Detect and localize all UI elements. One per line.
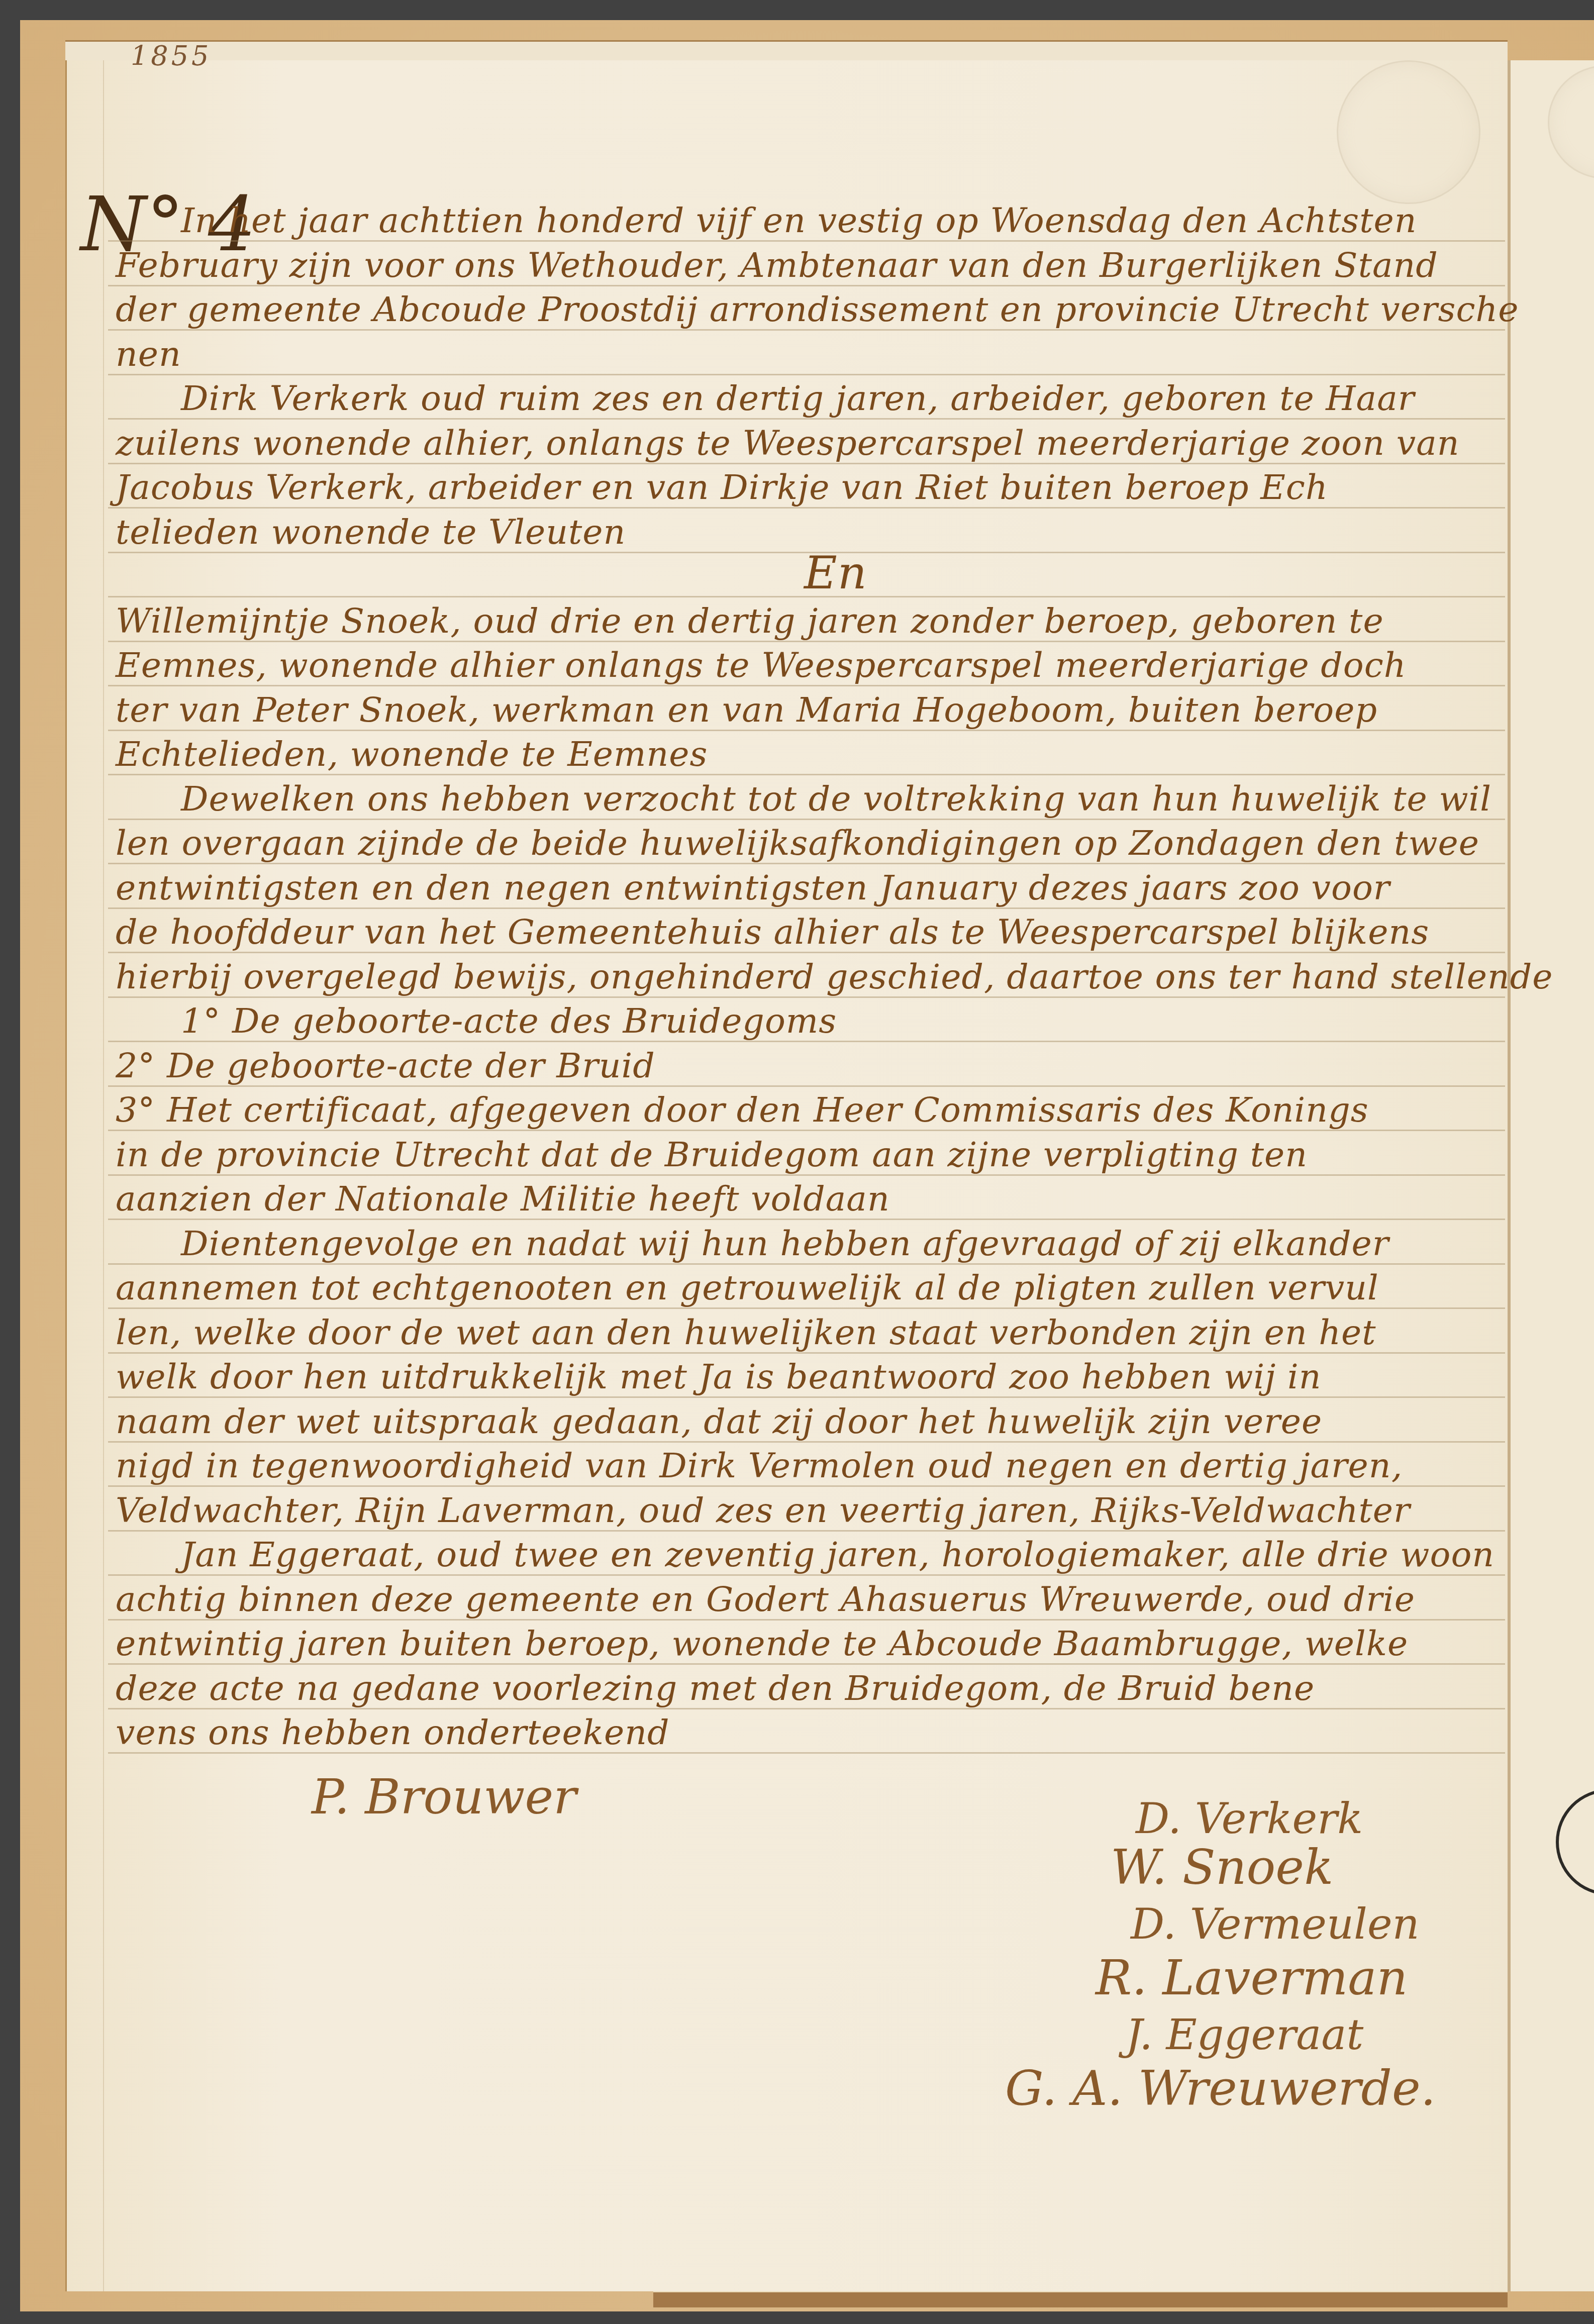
text-line: zuilens wonende alhier, onlangs te Weesp…	[116, 424, 1459, 463]
text-line: entwintig jaren buiten beroep, wonende t…	[116, 1624, 1408, 1664]
signature-witness-3: J. Eggeraat	[1126, 2010, 1363, 2059]
text-line: En	[804, 547, 867, 599]
bottom-edge-stain	[653, 2291, 1508, 2307]
ruled-line	[108, 374, 1505, 375]
text-line: len overgaan zijnde de beide huwelijksaf…	[116, 824, 1479, 863]
text-line: de hoofddeur van het Gemeentehuis alhier…	[116, 913, 1429, 952]
text-line: 3° Het certificaat, afgegeven door den H…	[116, 1090, 1369, 1130]
text-line: telieden wonende te Vleuten	[116, 513, 626, 552]
text-line: In het jaar achttien honderd vijf en ves…	[181, 201, 1417, 241]
text-line: Eemnes, wonende alhier onlangs te Weespe…	[116, 646, 1407, 685]
text-line: nen	[116, 335, 181, 374]
text-line: naam der wet uitspraak gedaan, dat zij d…	[116, 1402, 1322, 1442]
text-line: der gemeente Abcoude Proostdij arrondiss…	[116, 290, 1519, 330]
margin-rule	[103, 60, 104, 2291]
text-line: Veldwachter, Rijn Laverman, oud zes en v…	[116, 1491, 1411, 1531]
text-line: 1° De geboorte-acte des Bruidegoms	[181, 1001, 837, 1041]
text-line: welk door hen uitdrukkelijk met Ja is be…	[116, 1357, 1322, 1397]
text-line: Echtelieden, wonende te Eemnes	[116, 735, 708, 774]
text-line: aannemen tot echtgenooten en getrouwelij…	[116, 1268, 1379, 1308]
text-line: nigd in tegenwoordigheid van Dirk Vermol…	[116, 1446, 1403, 1486]
text-line: in de provincie Utrecht dat de Bruidegom…	[116, 1135, 1308, 1175]
text-line: February zijn voor ons Wethouder, Ambten…	[116, 246, 1438, 285]
text-line: Dientengevolge en nadat wij hun hebben a…	[181, 1224, 1389, 1264]
text-line: Dewelken ons hebben verzocht tot de volt…	[181, 779, 1491, 819]
text-line: vens ons hebben onderteekend	[116, 1713, 670, 1753]
text-line: 2° De geboorte-acte der Bruid	[116, 1046, 655, 1086]
text-line: entwintigsten en den negen entwintigsten…	[116, 868, 1390, 908]
text-line: Dirk Verkerk oud ruim zes en dertig jare…	[181, 379, 1415, 419]
text-line: Jacobus Verkerk, arbeider en van Dirkje …	[116, 468, 1328, 508]
signature-witness-1: D. Vermeulen	[1131, 1899, 1420, 1949]
page-curl	[1556, 1789, 1594, 1895]
signature-groom: D. Verkerk	[1136, 1794, 1363, 1843]
text-line: ter van Peter Snoek, werkman en van Mari…	[116, 690, 1377, 730]
text-line: achtig binnen deze gemeente en Godert Ah…	[116, 1580, 1415, 1620]
text-line: Willemijntje Snoek, oud drie en dertig j…	[116, 601, 1384, 641]
signature-official: P. Brouwer	[312, 1769, 576, 1825]
text-line: Jan Eggeraat, oud twee en zeventig jaren…	[181, 1535, 1495, 1575]
signature-witness-4: G. A. Wreuwerde.	[1005, 2060, 1436, 2116]
text-line: deze acte na gedane voorlezing met den B…	[116, 1669, 1315, 1708]
text-line: hierbij overgelegd bewijs, ongehinderd g…	[116, 957, 1553, 997]
text-line: aanzien der Nationale Militie heeft vold…	[116, 1179, 890, 1219]
embossed-seal-icon	[1337, 60, 1480, 204]
signature-bride: W. Snoek	[1111, 1839, 1333, 1895]
adjacent-page-edge	[1508, 60, 1594, 2291]
reference-mark: 1855	[131, 40, 212, 72]
text-line: len, welke door de wet aan den huwelijke…	[116, 1313, 1376, 1353]
signature-witness-2: R. Laverman	[1095, 1950, 1408, 2006]
